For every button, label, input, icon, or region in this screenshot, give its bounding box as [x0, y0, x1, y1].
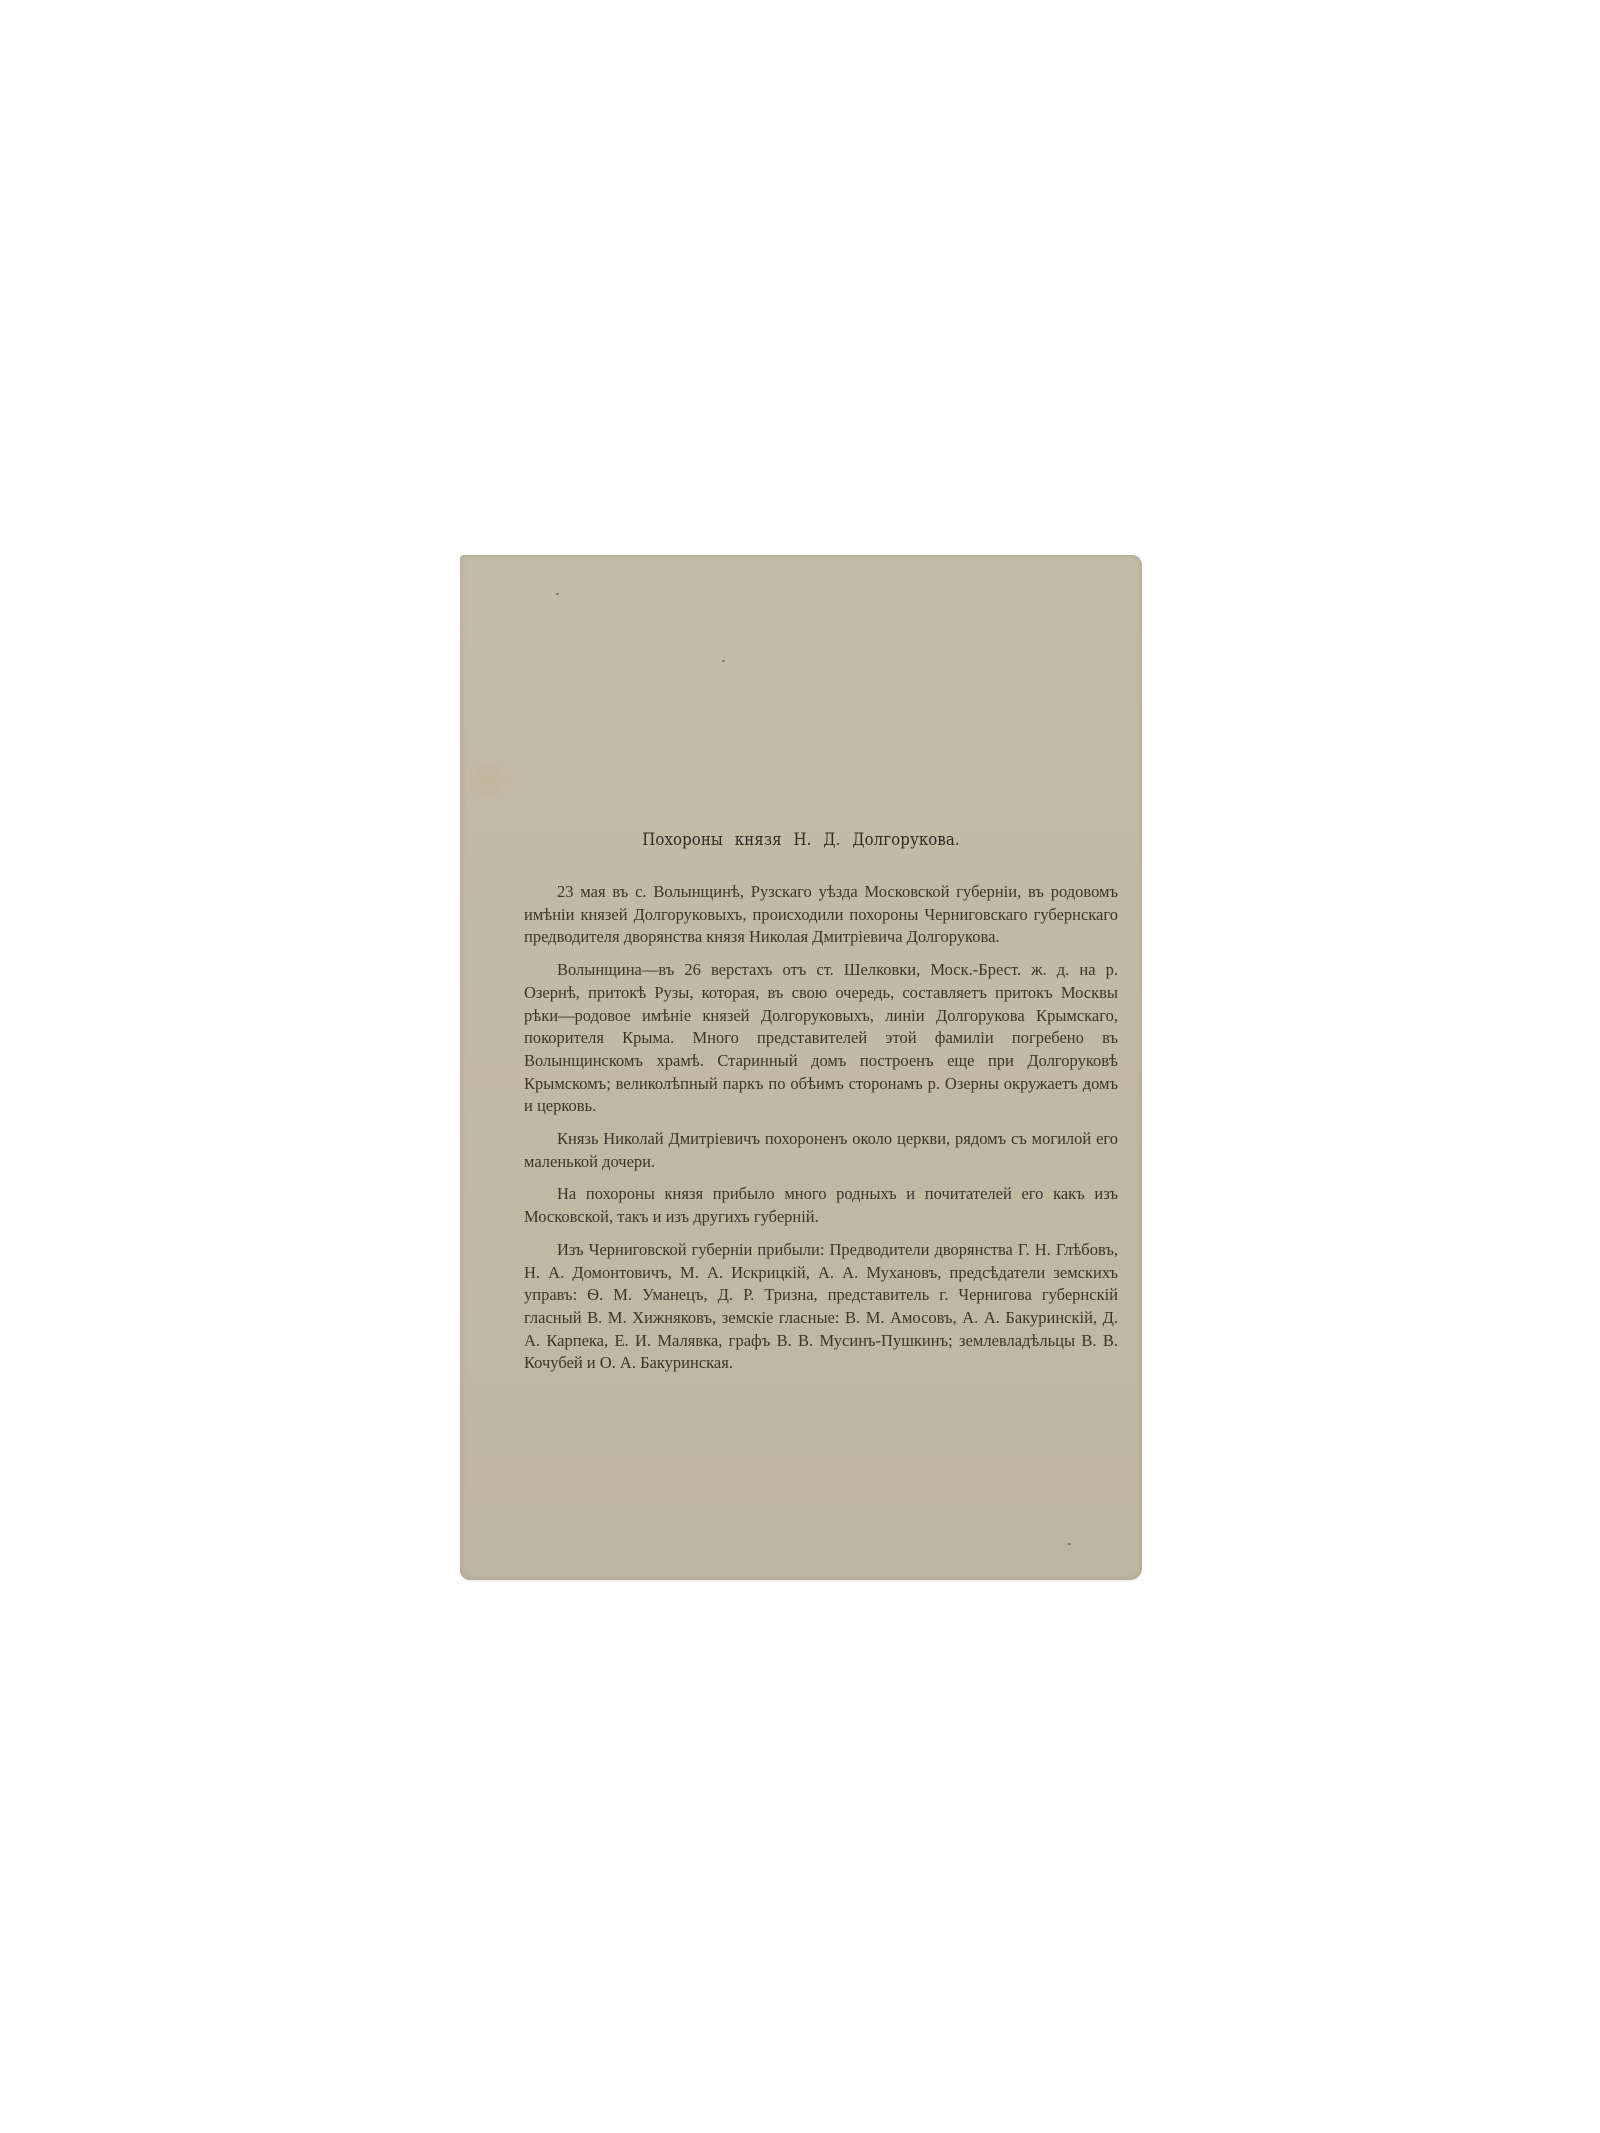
paper-speck [1068, 1543, 1071, 1545]
article-title: Похороны князя Н. Д. Долгорукова. [501, 830, 1101, 850]
article-body: 23 мая въ с. Волынщинѣ, Рузскаго уѣзда М… [524, 881, 1118, 1385]
paragraph: Волынщина—въ 26 верстахъ отъ ст. Шелковк… [524, 959, 1118, 1118]
paragraph: На похороны князя прибыло много родныхъ … [524, 1183, 1118, 1228]
paper-speck [556, 593, 559, 595]
paper-speck [722, 660, 725, 662]
paragraph: Князь Николай Дмитріевичъ похороненъ око… [524, 1128, 1118, 1173]
paragraph: 23 мая въ с. Волынщинѣ, Рузскаго уѣзда М… [524, 881, 1118, 949]
paragraph: Изъ Черниговской губерніи прибыли: Предв… [524, 1239, 1118, 1375]
document-page: Похороны князя Н. Д. Долгорукова. 23 мая… [460, 555, 1142, 1580]
